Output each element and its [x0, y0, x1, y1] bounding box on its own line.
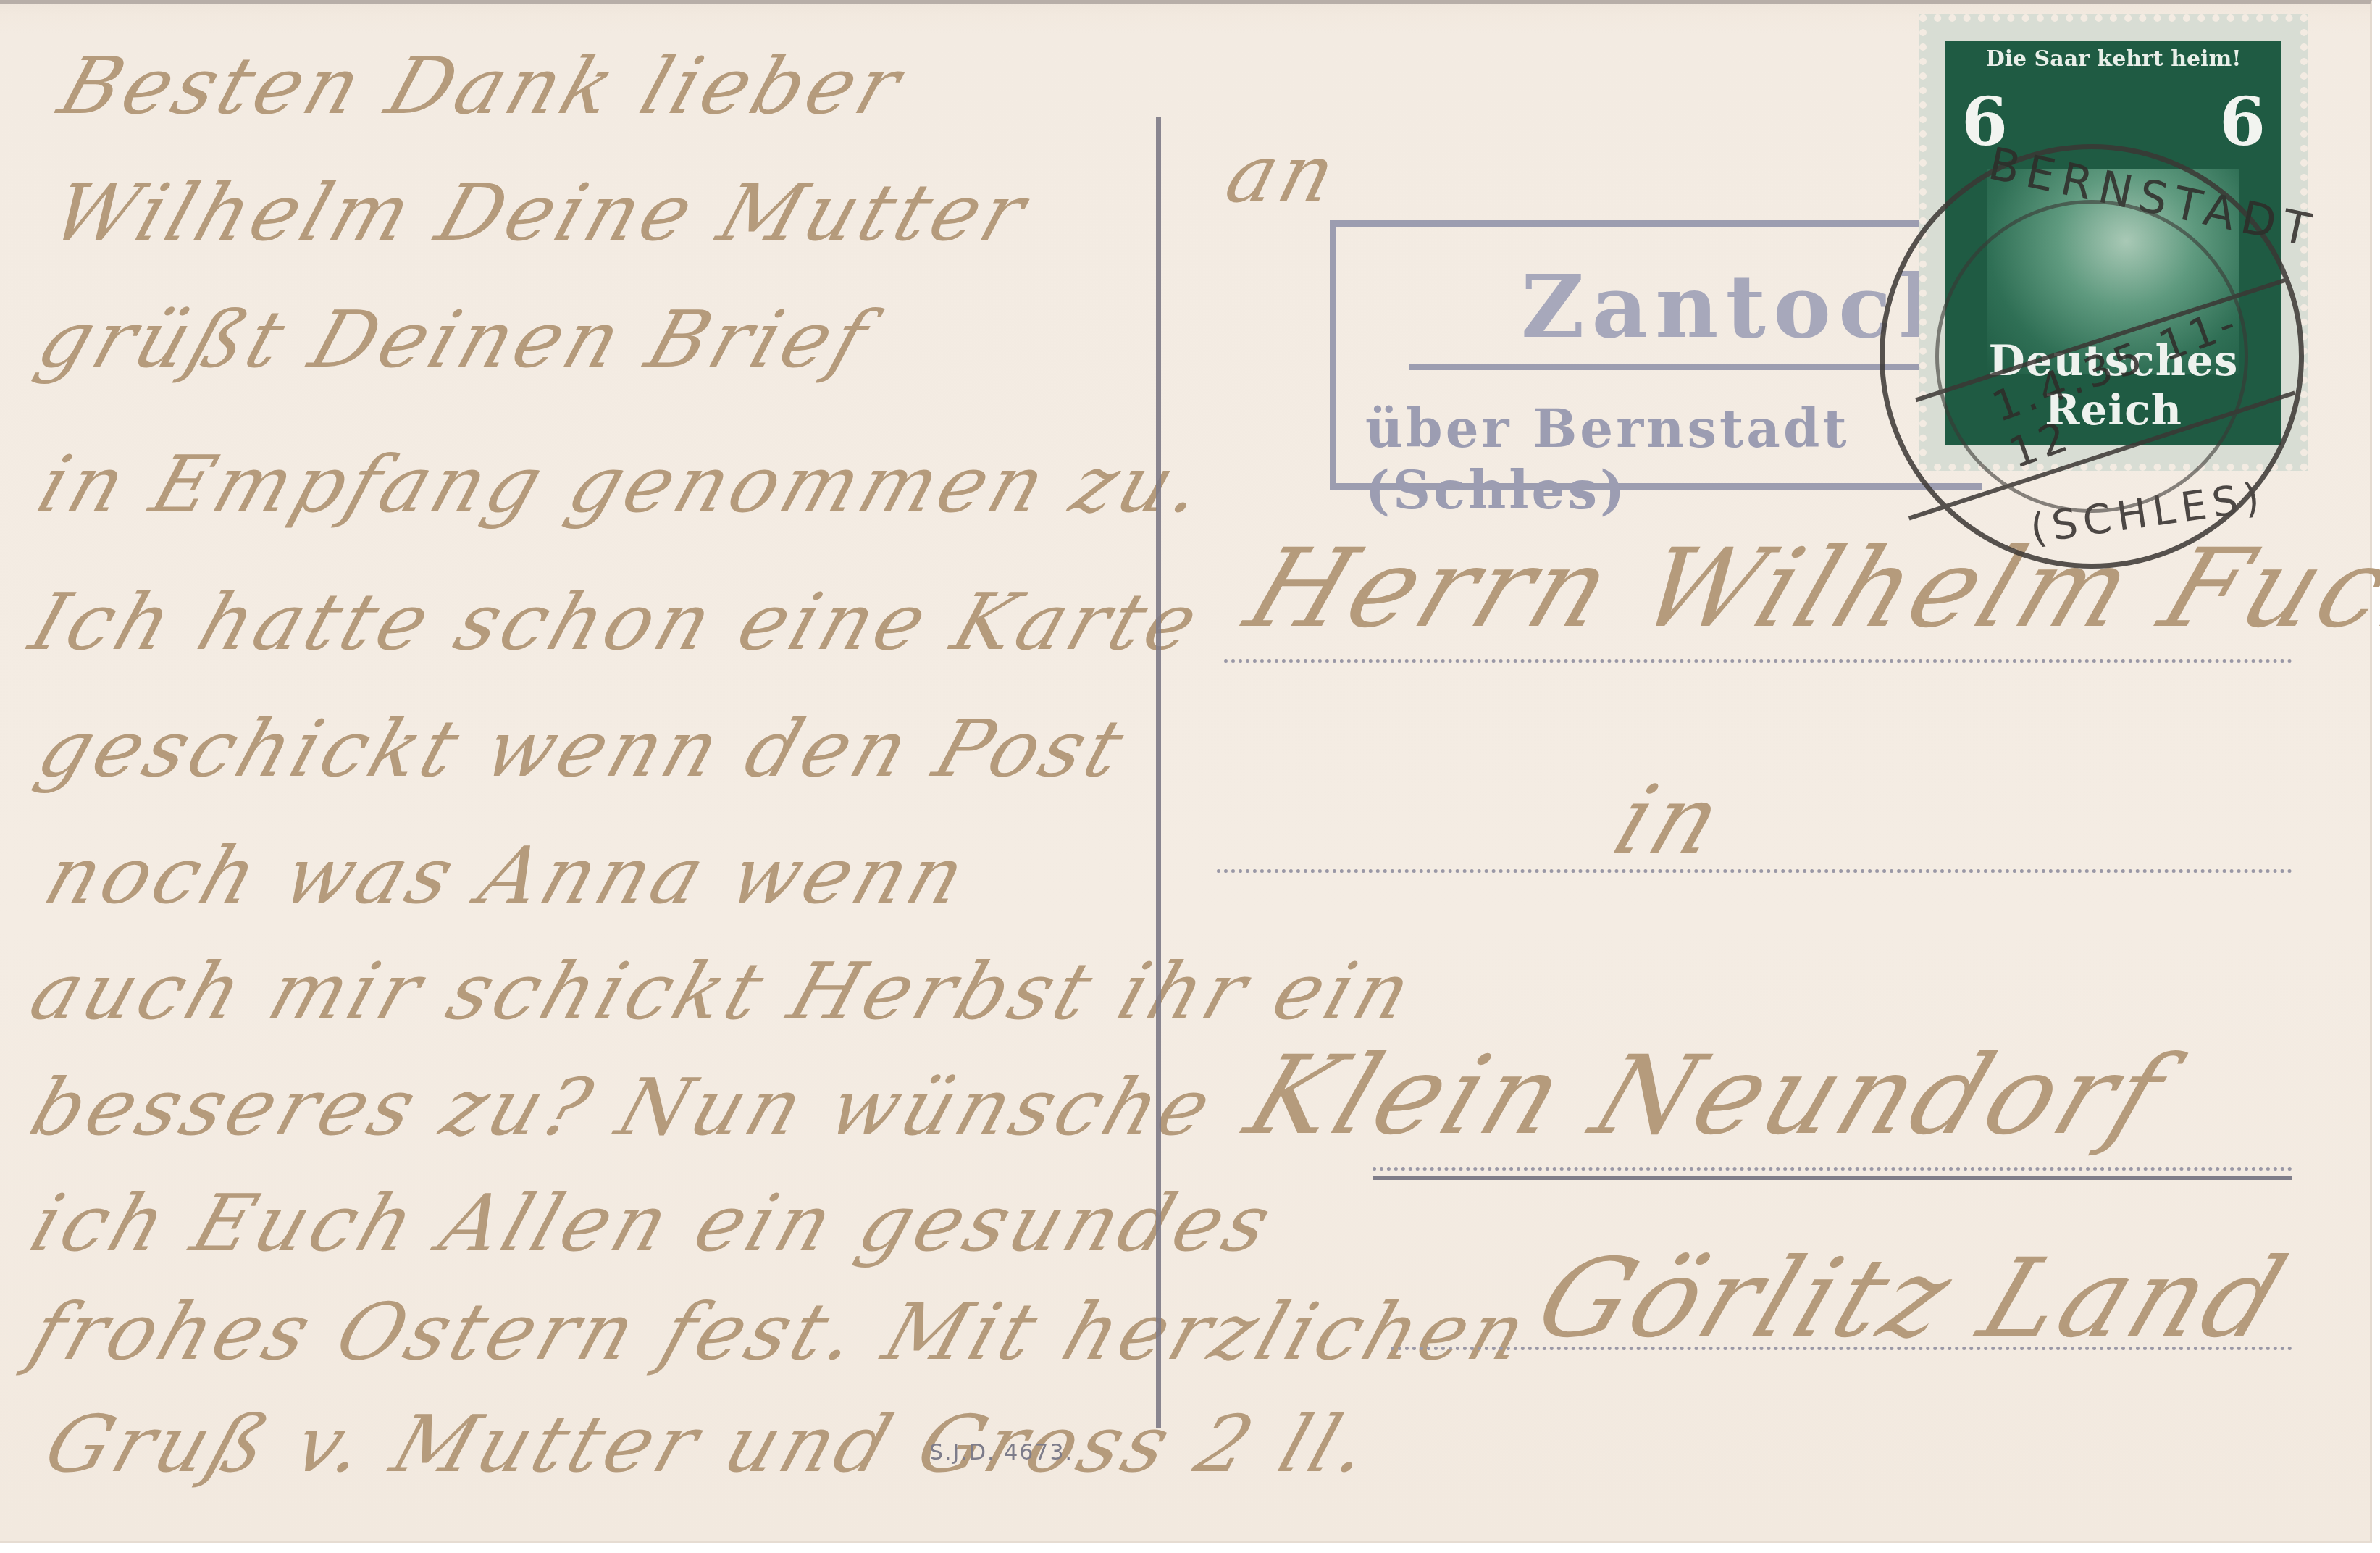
address-line-3 [1373, 1167, 2292, 1171]
message-line: geschickt wenn den Post [29, 711, 1136, 789]
message-line: frohes Ostern fest. Mit herzlichen [22, 1294, 1539, 1372]
circular-postmark: BERNSTADT 1.4.35 11-12 (SCHLES) [1880, 144, 2304, 569]
address-prefix: an [1217, 127, 1349, 220]
message-line: auch mir schickt Herbst ihr ein [22, 953, 1424, 1031]
message-line: Besten Dank lieber [51, 48, 913, 126]
stamp-value-right: 6 [2219, 83, 2266, 161]
message-line: in Empfang genommen zu. [29, 446, 1217, 524]
address-recipient: Herrn Wilhelm Fuchs [1231, 526, 2380, 652]
address-underline [1373, 1176, 2292, 1180]
address-town: Klein Neundorf [1231, 1033, 2184, 1159]
message-line: noch was Anna wenn [36, 837, 978, 916]
stamp-caption: Die Saar kehrt heim! [1945, 46, 2281, 72]
address-district: Görlitz Land [1521, 1236, 2305, 1362]
printer-mark: S.J.D. 4673. [929, 1440, 1073, 1465]
message-line: Wilhelm Deine Mutter [43, 175, 1038, 253]
message-line: grüßt Deinen Brief [29, 301, 880, 380]
message-line: besseres zu? Nun wünsche [22, 1069, 1224, 1147]
postcard-back: Besten Dank lieber Wilhelm Deine Mutter … [0, 0, 2372, 1543]
address-line-1 [1224, 659, 2292, 663]
message-line: ich Euch Allen ein gesundes [22, 1185, 1283, 1263]
address-line-2 [1217, 869, 2292, 873]
address-preposition: in [1601, 765, 1740, 875]
message-line: Ich hatte schon eine Karte [22, 584, 1211, 662]
message-line: Gruß v. Mutter und Gross 2 ll. [36, 1406, 1383, 1484]
message-address-divider [1156, 117, 1161, 1428]
